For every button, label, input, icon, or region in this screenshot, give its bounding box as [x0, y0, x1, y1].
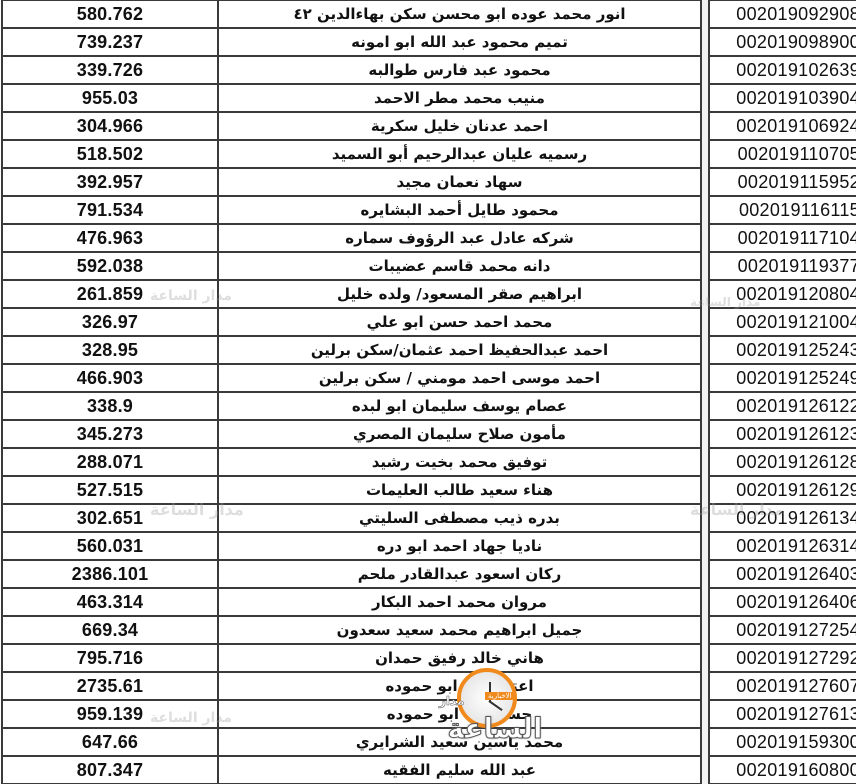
name-cell: شركه عادل عبد الرؤوف سماره: [218, 224, 701, 252]
name-cell: احمد عدنان خليل سكرية: [218, 112, 701, 140]
name-cell: اعتدال ... ابو حموده: [218, 672, 701, 700]
column-gap: [701, 280, 709, 308]
name-cell: هناء سعيد طالب العليمات: [218, 476, 701, 504]
table-row: 288.071توفيق محمد بخيت رشيد002019126128: [2, 448, 856, 476]
amount-cell: 955.03: [2, 84, 218, 112]
table-row: 795.716هاني خالد رفيق حمدان002019127292: [2, 644, 856, 672]
name-cell: دانه محمد قاسم عضيبات: [218, 252, 701, 280]
table-row: 527.515هناء سعيد طالب العليمات0020191261…: [2, 476, 856, 504]
amount-cell: 592.038: [2, 252, 218, 280]
amount-cell: 959.139: [2, 700, 218, 728]
column-gap: [701, 504, 709, 532]
column-gap: [701, 0, 709, 28]
account-number-cell: 002019127607: [709, 672, 856, 700]
column-gap: [701, 168, 709, 196]
amount-cell: 2386.101: [2, 560, 218, 588]
table-row: 959.139حسين ... ابو حموده002019127613: [2, 700, 856, 728]
name-cell: منيب محمد مطر الاحمد: [218, 84, 701, 112]
account-number-cell: 002019106924: [709, 112, 856, 140]
name-cell: مروان محمد احمد البكار: [218, 588, 701, 616]
column-gap: [701, 700, 709, 728]
amount-cell: 476.963: [2, 224, 218, 252]
table-row: 466.903احمد موسى احمد مومني / سكن برلين0…: [2, 364, 856, 392]
document-sheet: 580.762انور محمد عوده ابو محسن سكن بهاءا…: [0, 0, 856, 784]
name-cell: احمد عبدالحفيظ احمد عثمان/سكن برلين: [218, 336, 701, 364]
name-cell: عبد الله سليم الفقيه: [218, 756, 701, 784]
name-cell: سهاد نعمان مجيد: [218, 168, 701, 196]
account-number-cell: 002019126314: [709, 532, 856, 560]
account-number-cell: 002019098900: [709, 28, 856, 56]
column-gap: [701, 392, 709, 420]
table-row: 592.038دانه محمد قاسم عضيبات002019119377: [2, 252, 856, 280]
payments-table: 580.762انور محمد عوده ابو محسن سكن بهاءا…: [1, 0, 856, 784]
amount-cell: 560.031: [2, 532, 218, 560]
amount-cell: 669.34: [2, 616, 218, 644]
amount-cell: 807.347: [2, 756, 218, 784]
account-number-cell: 002019092908: [709, 0, 856, 28]
table-row: 560.031ناديا جهاد احمد ابو دره0020191263…: [2, 532, 856, 560]
table-row: 476.963شركه عادل عبد الرؤوف سماره0020191…: [2, 224, 856, 252]
account-number-cell: 002019126403: [709, 560, 856, 588]
name-cell: انور محمد عوده ابو محسن سكن بهاءالدين ٤٢: [218, 0, 701, 28]
account-number-cell: 002019126406: [709, 588, 856, 616]
table-body: 580.762انور محمد عوده ابو محسن سكن بهاءا…: [2, 0, 856, 784]
table-row: 2386.101ركان اسعود عبدالقادر ملحم0020191…: [2, 560, 856, 588]
name-cell: حسين ... ابو حموده: [218, 700, 701, 728]
amount-cell: 288.071: [2, 448, 218, 476]
account-number-cell: 002019110705: [709, 140, 856, 168]
column-gap: [701, 672, 709, 700]
table-row: 328.95احمد عبدالحفيظ احمد عثمان/سكن برلي…: [2, 336, 856, 364]
name-cell: رسميه عليان عبدالرحيم أبو السميد: [218, 140, 701, 168]
table-row: 580.762انور محمد عوده ابو محسن سكن بهاءا…: [2, 0, 856, 28]
account-number-cell: 002019121004: [709, 308, 856, 336]
account-number-cell: 002019160800: [709, 756, 856, 784]
amount-cell: 345.273: [2, 420, 218, 448]
name-cell: محمد احمد حسن ابو علي: [218, 308, 701, 336]
table-row: 2735.61اعتدال ... ابو حموده002019127607: [2, 672, 856, 700]
column-gap: [701, 644, 709, 672]
amount-cell: 261.859: [2, 280, 218, 308]
name-cell: مأمون صلاح سليمان المصري: [218, 420, 701, 448]
amount-cell: 326.97: [2, 308, 218, 336]
account-number-cell: 002019127613: [709, 700, 856, 728]
name-cell: ابراهيم صقر المسعود/ ولده خليل: [218, 280, 701, 308]
account-number-cell: 002019102639: [709, 56, 856, 84]
amount-cell: 791.534: [2, 196, 218, 224]
column-gap: [701, 28, 709, 56]
name-cell: محمود عبد فارس طوالبه: [218, 56, 701, 84]
amount-cell: 392.957: [2, 168, 218, 196]
table-row: 739.237تميم محمود عبد الله ابو امونه0020…: [2, 28, 856, 56]
amount-cell: 527.515: [2, 476, 218, 504]
column-gap: [701, 84, 709, 112]
account-number-cell: 002019103904: [709, 84, 856, 112]
amount-cell: 302.651: [2, 504, 218, 532]
account-number-cell: 002019125249: [709, 364, 856, 392]
name-cell: هاني خالد رفيق حمدان: [218, 644, 701, 672]
amount-cell: 647.66: [2, 728, 218, 756]
account-number-cell: 002019125243: [709, 336, 856, 364]
table-row: 807.347عبد الله سليم الفقيه002019160800: [2, 756, 856, 784]
amount-cell: 304.966: [2, 112, 218, 140]
account-number-cell: 002019115952: [709, 168, 856, 196]
name-cell: جميل ابراهيم محمد سعيد سعدون: [218, 616, 701, 644]
column-gap: [701, 224, 709, 252]
account-number-cell: 002019127292: [709, 644, 856, 672]
name-cell: ركان اسعود عبدالقادر ملحم: [218, 560, 701, 588]
name-cell: محمود طايل أحمد البشايره: [218, 196, 701, 224]
amount-cell: 795.716: [2, 644, 218, 672]
account-number-cell: 002019119377: [709, 252, 856, 280]
account-number-cell: 002019116115: [709, 196, 856, 224]
column-gap: [701, 252, 709, 280]
table-row: 302.651بدره ذيب مصطفى السليتي00201912613…: [2, 504, 856, 532]
column-gap: [701, 56, 709, 84]
account-number-cell: 002019117104: [709, 224, 856, 252]
table-row: 647.66محمد ياسين سعيد الشرايري0020191593…: [2, 728, 856, 756]
name-cell: بدره ذيب مصطفى السليتي: [218, 504, 701, 532]
name-cell: تميم محمود عبد الله ابو امونه: [218, 28, 701, 56]
name-cell: عصام يوسف سليمان ابو لبده: [218, 392, 701, 420]
account-number-cell: 002019126123: [709, 420, 856, 448]
table-row: 518.502رسميه عليان عبدالرحيم أبو السميد0…: [2, 140, 856, 168]
column-gap: [701, 756, 709, 784]
amount-cell: 328.95: [2, 336, 218, 364]
column-gap: [701, 420, 709, 448]
table-row: 791.534محمود طايل أحمد البشايره002019116…: [2, 196, 856, 224]
column-gap: [701, 532, 709, 560]
account-number-cell: 002019126128: [709, 448, 856, 476]
table-row: 338.9عصام يوسف سليمان ابو لبده0020191261…: [2, 392, 856, 420]
column-gap: [701, 588, 709, 616]
account-number-cell: 002019127254: [709, 616, 856, 644]
table-row: 261.859ابراهيم صقر المسعود/ ولده خليل002…: [2, 280, 856, 308]
amount-cell: 339.726: [2, 56, 218, 84]
table-row: 955.03منيب محمد مطر الاحمد002019103904: [2, 84, 856, 112]
amount-cell: 466.903: [2, 364, 218, 392]
column-gap: [701, 112, 709, 140]
table-row: 326.97محمد احمد حسن ابو علي002019121004: [2, 308, 856, 336]
column-gap: [701, 140, 709, 168]
column-gap: [701, 364, 709, 392]
column-gap: [701, 196, 709, 224]
account-number-cell: 002019159300: [709, 728, 856, 756]
column-gap: [701, 336, 709, 364]
amount-cell: 463.314: [2, 588, 218, 616]
table-row: 345.273مأمون صلاح سليمان المصري002019126…: [2, 420, 856, 448]
amount-cell: 338.9: [2, 392, 218, 420]
name-cell: احمد موسى احمد مومني / سكن برلين: [218, 364, 701, 392]
table-row: 669.34جميل ابراهيم محمد سعيد سعدون002019…: [2, 616, 856, 644]
amount-cell: 2735.61: [2, 672, 218, 700]
column-gap: [701, 308, 709, 336]
column-gap: [701, 616, 709, 644]
amount-cell: 518.502: [2, 140, 218, 168]
amount-cell: 739.237: [2, 28, 218, 56]
table-row: 339.726محمود عبد فارس طوالبه002019102639: [2, 56, 856, 84]
account-number-cell: 002019120804: [709, 280, 856, 308]
table-row: 304.966احمد عدنان خليل سكرية002019106924: [2, 112, 856, 140]
column-gap: [701, 560, 709, 588]
column-gap: [701, 476, 709, 504]
account-number-cell: 002019126122: [709, 392, 856, 420]
table-row: 463.314مروان محمد احمد البكار00201912640…: [2, 588, 856, 616]
amount-cell: 580.762: [2, 0, 218, 28]
account-number-cell: 002019126134: [709, 504, 856, 532]
column-gap: [701, 728, 709, 756]
name-cell: محمد ياسين سعيد الشرايري: [218, 728, 701, 756]
account-number-cell: 002019126129: [709, 476, 856, 504]
table-row: 392.957سهاد نعمان مجيد002019115952: [2, 168, 856, 196]
name-cell: توفيق محمد بخيت رشيد: [218, 448, 701, 476]
column-gap: [701, 448, 709, 476]
name-cell: ناديا جهاد احمد ابو دره: [218, 532, 701, 560]
